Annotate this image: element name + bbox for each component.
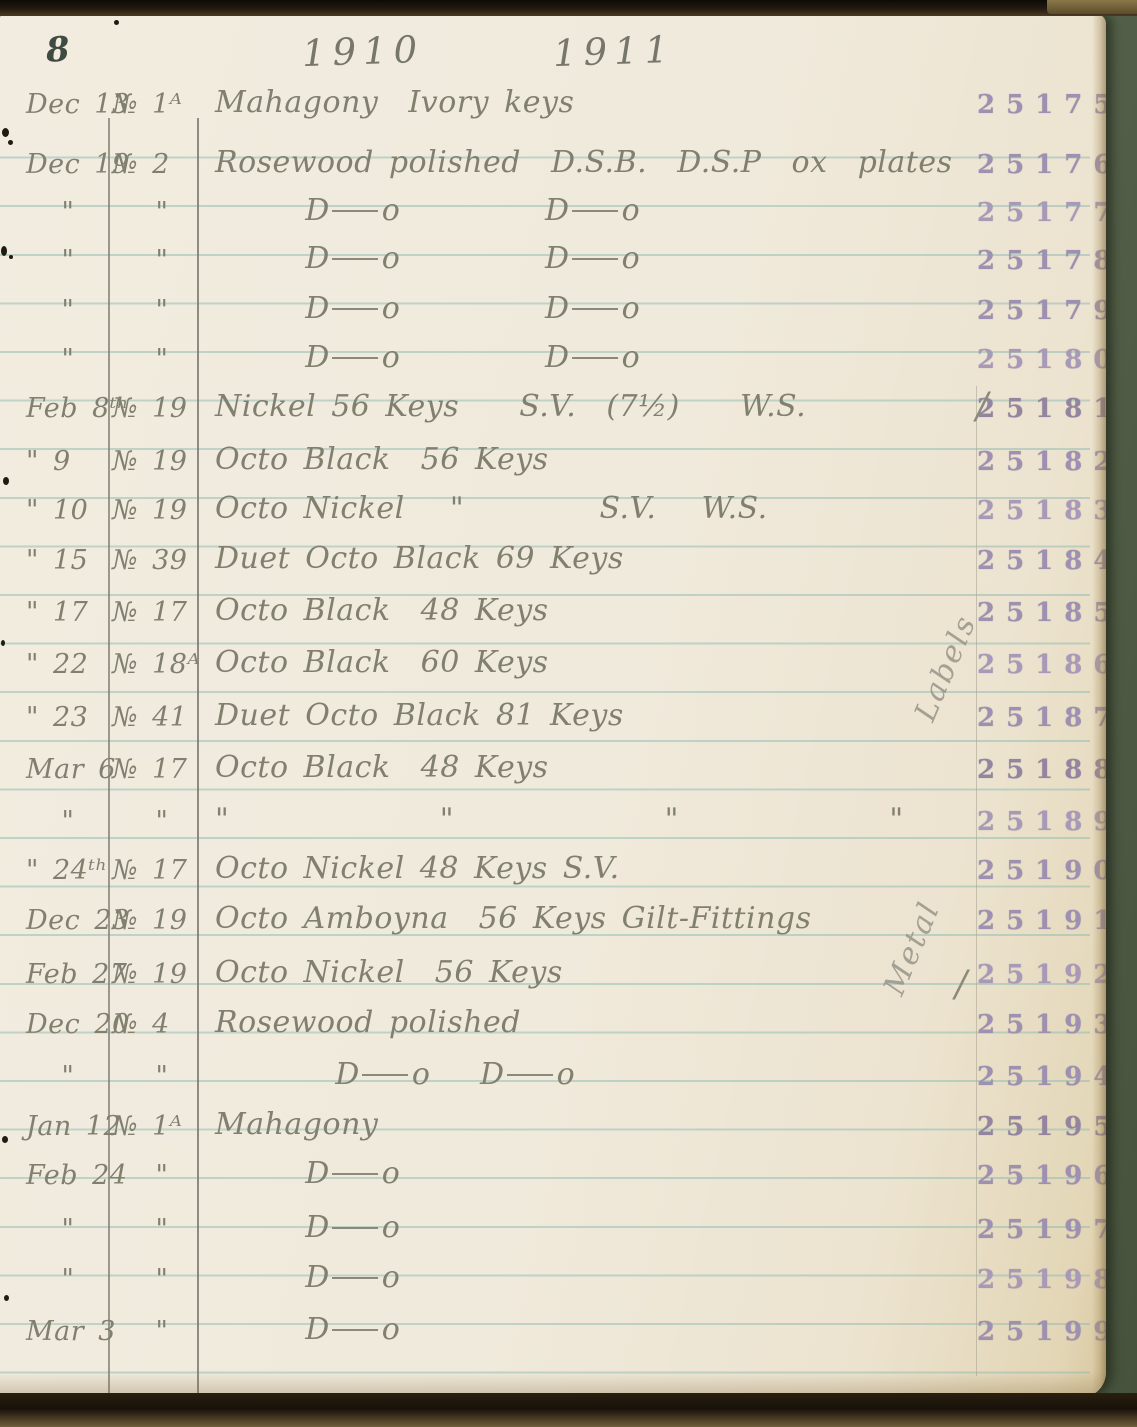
entry-date: " <box>26 806 110 837</box>
ink-speck <box>1 640 5 646</box>
ledger-row: " 15 № 39 Duet Octo Black 69 Keys 25184 <box>0 530 1106 576</box>
entry-description: Mahagony <box>215 1107 915 1142</box>
entry-model-no: " <box>112 806 212 837</box>
entry-serial-number: 25189 <box>977 807 1106 837</box>
entry-model-no: " <box>112 197 212 228</box>
ink-speck <box>2 1136 8 1143</box>
entry-date: " <box>26 1214 110 1245</box>
ledger-row: " " Do Do 25180 <box>0 329 1106 375</box>
year-heading-1911: 1911 <box>552 28 676 75</box>
page-number: 8 <box>45 29 72 71</box>
entry-date: Feb 27 <box>26 959 110 990</box>
entry-model-no: " <box>112 1264 212 1295</box>
ink-speck <box>9 255 13 259</box>
ledger-row: Dec 19 № 2 Rosewood polished D.S.B. D.S.… <box>0 134 1106 180</box>
entry-description-ditto: Do <box>545 193 640 228</box>
entry-date: " 9 <box>26 446 110 477</box>
entry-date: " 17 <box>26 597 110 628</box>
entry-description: Octo Nickel 48 Keys S.V. <box>215 851 915 886</box>
entry-description-ditto: Do <box>480 1057 575 1092</box>
ledger-row: Dec 13 № 1ᴬ Mahagony Ivory keys 25175 <box>0 74 1106 120</box>
ledger-row: Jan 12 № 1ᴬ Mahagony 25195 <box>0 1096 1106 1142</box>
entry-serial-number: 25177 <box>977 198 1106 228</box>
entry-serial-number: 25188 <box>977 755 1106 785</box>
entry-serial-number: 25181 <box>977 394 1106 424</box>
entry-date: Dec 20 <box>26 1009 110 1040</box>
ledger-row: " 10 № 19 Octo Nickel " S.V. W.S. 25183 <box>0 480 1106 526</box>
entry-serial-number: 25185 <box>977 598 1106 628</box>
ledger-row: Feb 27 № 19 Octo Nickel 56 Keys 25192 <box>0 944 1106 990</box>
entry-model-no: " <box>112 245 212 276</box>
entry-serial-number: 25192 <box>977 960 1106 990</box>
entry-date: " <box>26 245 110 276</box>
ink-speck <box>4 1295 9 1301</box>
ledger-row: " " Do Do 25179 <box>0 280 1106 326</box>
entry-description: Octo Black 48 Keys <box>215 593 915 628</box>
entry-serial-number: 25182 <box>977 447 1106 477</box>
entry-description: " " " " <box>215 802 915 837</box>
entry-serial-number: 25187 <box>977 703 1106 733</box>
page-edge-shadow <box>1092 14 1106 1398</box>
entry-serial-number: 25175 <box>977 90 1106 120</box>
entry-serial-number: 25197 <box>977 1215 1106 1245</box>
ledger-row: " 9 № 19 Octo Black 56 Keys 25182 <box>0 431 1106 477</box>
ledger-row: " " Do Do 25194 <box>0 1046 1106 1092</box>
entry-serial-number: 25194 <box>977 1062 1106 1092</box>
entry-serial-number: 25198 <box>977 1265 1106 1295</box>
entry-serial-number: 25193 <box>977 1010 1106 1040</box>
entry-description-ditto: Do <box>545 241 640 276</box>
ink-speck <box>114 20 119 25</box>
entry-date: Jan 12 <box>26 1111 110 1142</box>
entry-date: " <box>26 295 110 326</box>
entry-date: " 22 <box>26 649 110 680</box>
entry-date: Feb 24 <box>26 1160 110 1191</box>
entry-model-no: " <box>112 1316 212 1347</box>
entry-model-no: № 4 <box>112 1009 212 1040</box>
entry-description: Octo Black 48 Keys <box>215 750 915 785</box>
entry-serial-number: 25196 <box>977 1161 1106 1191</box>
entry-date: Mar 6 <box>26 754 110 785</box>
entry-serial-number: 25186 <box>977 650 1106 680</box>
entry-model-no: № 19 <box>112 393 212 424</box>
entry-model-no: № 1ᴬ <box>112 89 212 120</box>
entry-date: " <box>26 197 110 228</box>
ink-speck <box>1 246 7 256</box>
entry-date: " <box>26 344 110 375</box>
book-top-edge <box>0 0 1137 16</box>
entry-description: Mahagony Ivory keys <box>215 85 915 120</box>
entry-date: Dec 23 <box>26 905 110 936</box>
entry-date: " <box>26 1061 110 1092</box>
entry-date: " 24ᵗʰ <box>26 855 110 886</box>
entry-date: " <box>26 1264 110 1295</box>
entry-date: Dec 13 <box>26 89 110 120</box>
pencil-slash-mark: / <box>955 964 968 1005</box>
entry-description: Do <box>215 1312 915 1347</box>
entry-description: Duet Octo Black 69 Keys <box>215 541 915 576</box>
ledger-row: " " Do 25198 <box>0 1249 1106 1295</box>
entry-date: " 23 <box>26 702 110 733</box>
pencil-slash-mark: / <box>976 386 989 427</box>
entry-serial-number: 25176 <box>977 150 1106 180</box>
entry-model-no: " <box>112 1214 212 1245</box>
entry-model-no: № 17 <box>112 597 212 628</box>
ink-speck <box>3 477 9 485</box>
ledger-row: " 24ᵗʰ № 17 Octo Nickel 48 Keys S.V. 251… <box>0 840 1106 886</box>
entry-description: Do <box>215 1156 915 1191</box>
ledger-row: Feb 24 " Do 25196 <box>0 1145 1106 1191</box>
ink-speck <box>2 128 9 137</box>
entry-model-no: № 19 <box>112 959 212 990</box>
entry-description-ditto: Do <box>545 340 640 375</box>
entry-date: " 10 <box>26 495 110 526</box>
entry-date: Feb 8ᵗʰ <box>26 393 110 424</box>
entry-description-ditto: Do <box>545 291 640 326</box>
entry-model-no: " <box>112 295 212 326</box>
ledger-row: " " Do 25197 <box>0 1199 1106 1245</box>
entry-description: Octo Nickel " S.V. W.S. <box>215 491 915 526</box>
entry-date: Dec 19 <box>26 149 110 180</box>
entry-description: Nickel 56 Keys S.V. (7½) W.S. <box>215 389 915 424</box>
entry-model-no: № 17 <box>112 754 212 785</box>
entry-model-no: № 1ᴬ <box>112 1111 212 1142</box>
ledger-row: Feb 8ᵗʰ № 19 Nickel 56 Keys S.V. (7½) W.… <box>0 378 1106 424</box>
entry-description: Octo Black 60 Keys <box>215 645 915 680</box>
book-bottom-edge <box>0 1393 1137 1427</box>
book-top-edge-tan <box>1047 0 1137 14</box>
entry-model-no: " <box>112 1160 212 1191</box>
ledger-row: " 17 № 17 Octo Black 48 Keys 25185 <box>0 582 1106 628</box>
entry-model-no: № 18ᴬ <box>112 649 212 680</box>
entry-model-no: № 19 <box>112 446 212 477</box>
ledger-page: 8 1910 1911 Dec 13 № 1ᴬ Mahagony Ivory k… <box>0 14 1106 1398</box>
entry-model-no: № 19 <box>112 905 212 936</box>
ledger-row: " " Do Do 25177 <box>0 182 1106 228</box>
ledger-row: Mar 3 " Do 25199 <box>0 1301 1106 1347</box>
ledger-row: " " Do Do 25178 <box>0 230 1106 276</box>
entry-serial-number: 25178 <box>977 246 1106 276</box>
entry-model-no: № 19 <box>112 495 212 526</box>
entry-serial-number: 25195 <box>977 1112 1106 1142</box>
entry-description: Rosewood polished <box>215 1005 915 1040</box>
entry-serial-number: 25191 <box>977 906 1106 936</box>
entry-serial-number: 25180 <box>977 345 1106 375</box>
entry-description: Do <box>215 1260 915 1295</box>
entry-date: " 15 <box>26 545 110 576</box>
scanned-ledger-photo: { "document": { "kind": "handwritten sal… <box>0 0 1137 1427</box>
entry-description: Duet Octo Black 81 Keys <box>215 698 915 733</box>
entry-serial-number: 25183 <box>977 496 1106 526</box>
entry-serial-number: 25190 <box>977 856 1106 886</box>
entry-serial-number: 25184 <box>977 546 1106 576</box>
entry-description: Rosewood polished D.S.B. D.S.P ox plates <box>215 145 915 180</box>
ledger-row: Dec 20 № 4 Rosewood polished 25193 <box>0 994 1106 1040</box>
entry-description: Octo Amboyna 56 Keys Gilt-Fittings <box>215 901 915 936</box>
ledger-row: " " " " " " 25189 <box>0 791 1106 837</box>
entry-description: Octo Nickel 56 Keys <box>215 955 915 990</box>
entry-model-no: " <box>112 1061 212 1092</box>
entry-model-no: № 41 <box>112 702 212 733</box>
entry-description: Do <box>215 1210 915 1245</box>
entry-model-no: " <box>112 344 212 375</box>
entry-model-no: № 17 <box>112 855 212 886</box>
entry-serial-number: 25199 <box>977 1317 1106 1347</box>
ink-speck <box>8 140 13 145</box>
entry-description: Octo Black 56 Keys <box>215 442 915 477</box>
entry-model-no: № 2 <box>112 149 212 180</box>
year-heading-1910: 1910 <box>301 28 425 75</box>
ledger-row: Mar 6 № 17 Octo Black 48 Keys 25188 <box>0 739 1106 785</box>
entry-date: Mar 3 <box>26 1316 110 1347</box>
entry-model-no: № 39 <box>112 545 212 576</box>
entry-serial-number: 25179 <box>977 296 1106 326</box>
